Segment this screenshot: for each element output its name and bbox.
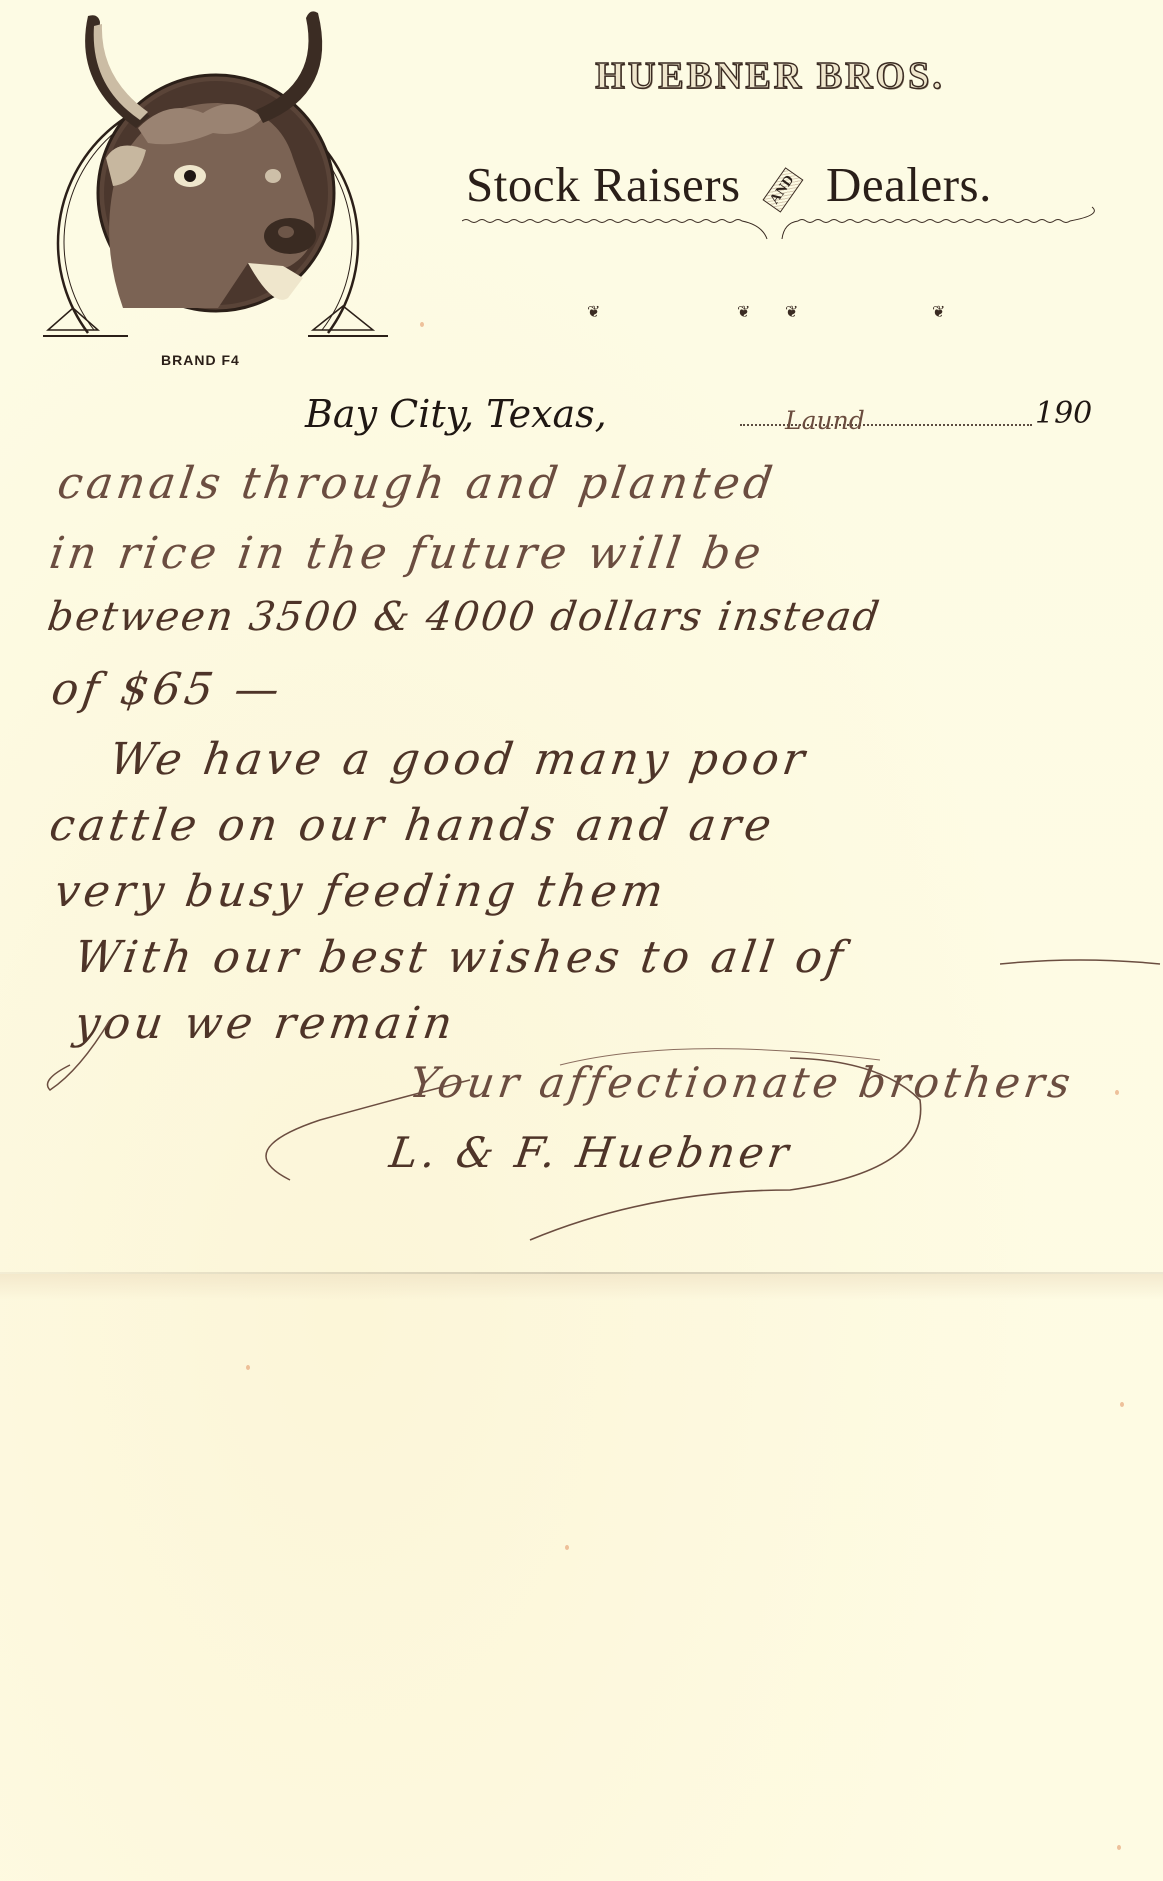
dateline-handwritten-date: Laund <box>785 406 865 435</box>
opening-line-flourish <box>40 1010 160 1100</box>
dateline-year-prefix: 190 <box>1035 396 1092 431</box>
letter-line-6: cattle on our hands and are <box>46 800 778 851</box>
date-fill-rule <box>740 424 1032 426</box>
fold-crease-shadow <box>0 1274 1163 1300</box>
bull-head-emblem-icon <box>28 8 408 348</box>
foxing-spot <box>565 1545 569 1550</box>
fleuron-ornament-icon: ❦ <box>587 302 600 321</box>
dateline-place: Bay City, Texas, <box>305 392 607 436</box>
letter-line-5: We have a good many poor <box>106 734 811 785</box>
letter-line-4: of $65 — <box>48 664 286 715</box>
letter-line-3: between 3500 & 4000 dollars instead <box>45 594 884 640</box>
letter-line-2: in rice in the future will be <box>46 528 768 579</box>
letter-line-1: canals through and planted <box>54 458 779 509</box>
fleuron-ornament-icon: ❦ <box>737 302 750 321</box>
signature-flourish <box>230 1040 950 1250</box>
line-flourish <box>1000 950 1163 980</box>
fleuron-ornament-icon: ❦ <box>932 302 945 321</box>
letter-line-8: With our best wishes to all of <box>71 932 850 983</box>
foxing-spot <box>1115 1090 1119 1095</box>
foxing-spot <box>1117 1845 1121 1850</box>
company-name: HUEBNER BROS. <box>480 54 1060 98</box>
fleuron-ornament-icon: ❦ <box>785 302 798 321</box>
scalloped-border-ornament <box>462 203 1102 243</box>
foxing-spot <box>420 322 424 327</box>
letter-line-7: very busy feeding them <box>51 866 670 917</box>
fold-crease <box>0 1272 1163 1274</box>
foxing-spot <box>246 1365 250 1370</box>
brand-label: BRAND F4 <box>161 352 240 368</box>
foxing-spot <box>1120 1402 1124 1407</box>
